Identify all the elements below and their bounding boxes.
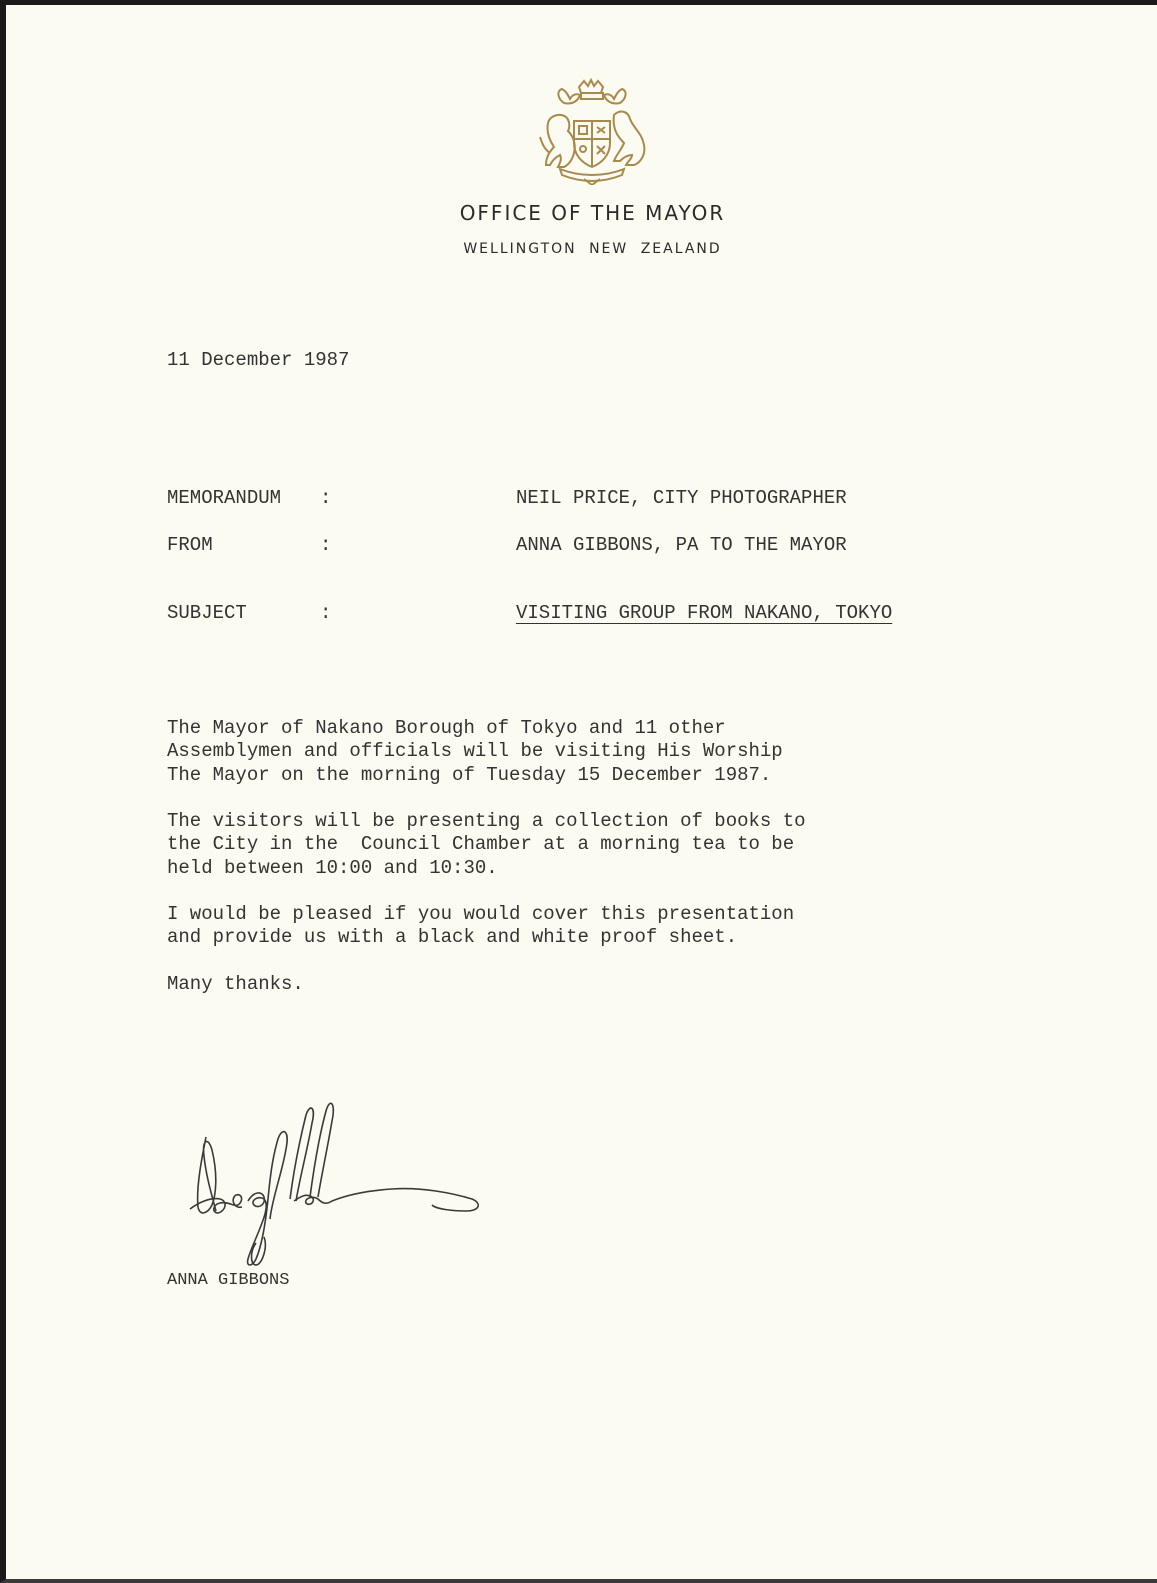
from-colon: : [320, 534, 331, 556]
body-paragraph: The Mayor of Nakano Borough of Tokyo and… [167, 717, 783, 787]
to-colon: : [320, 487, 331, 509]
subject-label: SUBJECT [167, 602, 247, 624]
closing-line: Many thanks. [167, 973, 304, 996]
signature-icon [186, 1097, 516, 1267]
to-label: MEMORANDUM [167, 487, 281, 509]
to-value: NEIL PRICE, CITY PHOTOGRAPHER [516, 487, 847, 509]
body-paragraph: I would be pleased if you would cover th… [167, 903, 794, 950]
signatory-name: ANNA GIBBONS [167, 1271, 289, 1290]
letterhead-title: OFFICE OF THE MAYOR [6, 201, 1157, 225]
subject-value: VISITING GROUP FROM NAKANO, TOKYO [516, 602, 892, 624]
letterhead-subtitle: WELLINGTON NEW ZEALAND [6, 241, 1157, 257]
memo-date: 11 December 1987 [167, 349, 349, 371]
from-label: FROM [167, 534, 213, 556]
memo-page: OFFICE OF THE MAYOR WELLINGTON NEW ZEALA… [0, 0, 1157, 1583]
subject-colon: : [320, 602, 331, 624]
body-paragraph: The visitors will be presenting a collec… [167, 810, 806, 880]
coat-of-arms-icon [534, 75, 648, 185]
from-value: ANNA GIBBONS, PA TO THE MAYOR [516, 534, 847, 556]
